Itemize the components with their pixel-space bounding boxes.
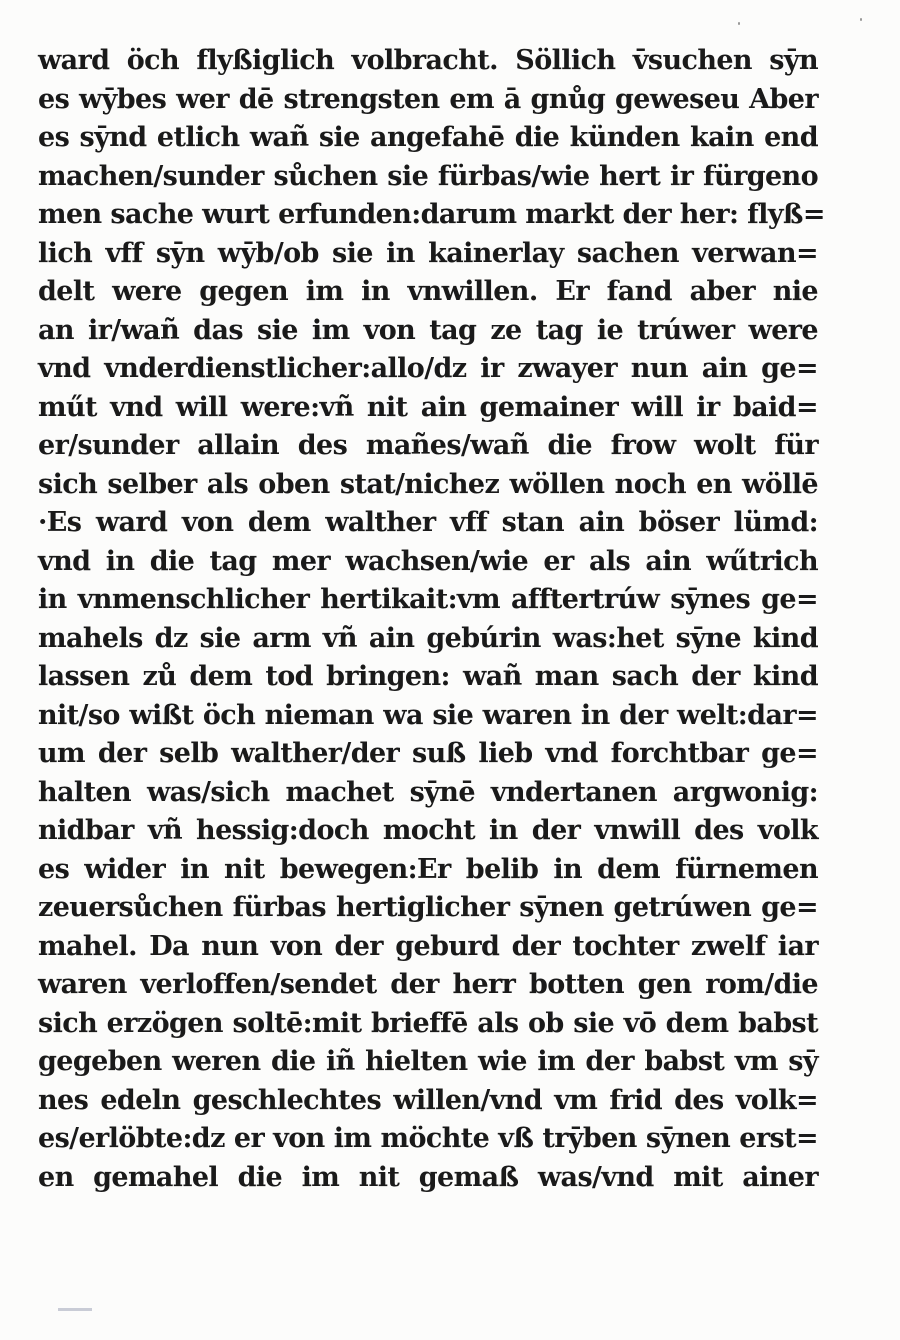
- text-line: vnd in die tag mer wachsen/wie er als ai…: [38, 543, 818, 582]
- text-line: machen/sunder sůchen sie fürbas/wie hert…: [38, 158, 818, 197]
- text-line: vnd vnderdienstlicher:allo/dz ir zwayer …: [38, 350, 818, 389]
- text-line: halten was/sich machet sȳnē vndertanen a…: [38, 774, 818, 813]
- print-speck: [738, 22, 740, 25]
- text-line: es sȳnd etlich wañ sie angefahē die künd…: [38, 119, 818, 158]
- text-line: gegeben weren die iñ hielten wie im der …: [38, 1043, 818, 1082]
- text-line: waren verloffen/sendet der herr botten g…: [38, 966, 818, 1005]
- text-line: es wȳbes wer dē strengsten em ā gnůg gew…: [38, 81, 818, 120]
- text-line: an ir/wañ das sie im von tag ze tag ie t…: [38, 312, 818, 351]
- text-line: nes edeln geschlechtes willen/vnd vm fri…: [38, 1082, 818, 1121]
- text-line: lich vff sȳn wȳb/ob sie in kainerlay sac…: [38, 235, 818, 274]
- document-page: ward öch flyßiglich volbracht. Söllich v…: [0, 0, 900, 1340]
- text-line: nidbar vñ hessig:doch mocht in der vnwil…: [38, 812, 818, 851]
- text-line: delt were gegen im in vnwillen. Er fand …: [38, 273, 818, 312]
- text-line: en gemahel die im nit gemaß was/vnd mit …: [38, 1159, 818, 1198]
- text-line: sich erzögen soltē:mit brieffē als ob si…: [38, 1005, 818, 1044]
- text-line: sich selber als oben stat/nichez wöllen …: [38, 466, 818, 505]
- text-line: es wider in nit bewegen:Er belib in dem …: [38, 851, 818, 890]
- text-line: nit/so wißt öch nieman wa sie waren in d…: [38, 697, 818, 736]
- text-block: ward öch flyßiglich volbracht. Söllich v…: [38, 42, 818, 1197]
- text-line: lassen zů dem tod bringen: wañ man sach …: [38, 658, 818, 697]
- text-line: um der selb walther/der suß lieb vnd for…: [38, 735, 818, 774]
- text-line: es/erlöbte:dz er von im möchte vß trȳben…: [38, 1120, 818, 1159]
- margin-mark: [58, 1308, 92, 1311]
- text-line: mahels dz sie arm vñ ain gebúrin was:het…: [38, 620, 818, 659]
- text-line: zeuersůchen fürbas hertiglicher sȳnen ge…: [38, 889, 818, 928]
- text-line: in vnmenschlicher hertikait:vm afftertrú…: [38, 581, 818, 620]
- text-line: mahel. Da nun von der geburd der tochter…: [38, 928, 818, 967]
- text-line: ·Es ward von dem walther vff stan ain bö…: [38, 504, 818, 543]
- text-line: er/sunder allain des mañes/wañ die frow …: [38, 427, 818, 466]
- text-line: ward öch flyßiglich volbracht. Söllich v…: [38, 42, 818, 81]
- print-speck: [860, 18, 862, 21]
- text-line: műt vnd will were:vñ nit ain gemainer wi…: [38, 389, 818, 428]
- text-line: men sache wurt erfunden:darum markt der …: [38, 196, 818, 235]
